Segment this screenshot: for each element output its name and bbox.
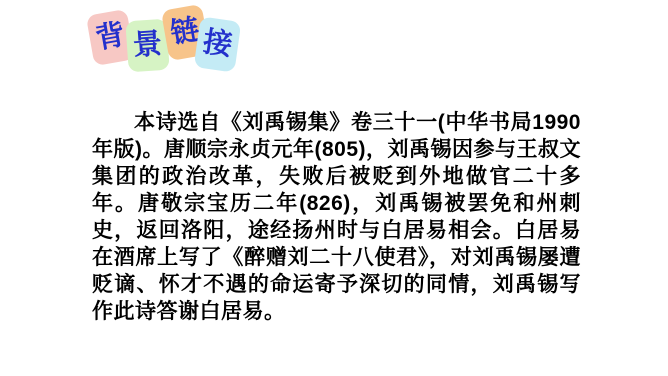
slide-title: 背 景 链 接 [0,0,270,90]
title-tile-char: 景 [132,30,163,61]
title-tile-char: 接 [201,28,234,61]
slide: 背 景 链 接 本诗选自《刘禹锡集》卷三十一(中华书局1990年版)。唐顺宗永贞… [0,0,668,376]
background-paragraph: 本诗选自《刘禹锡集》卷三十一(中华书局1990年版)。唐顺宗永贞元年(805)，… [92,109,581,325]
title-tile-jie: 接 [194,16,242,72]
title-tile-char: 背 [94,21,128,55]
